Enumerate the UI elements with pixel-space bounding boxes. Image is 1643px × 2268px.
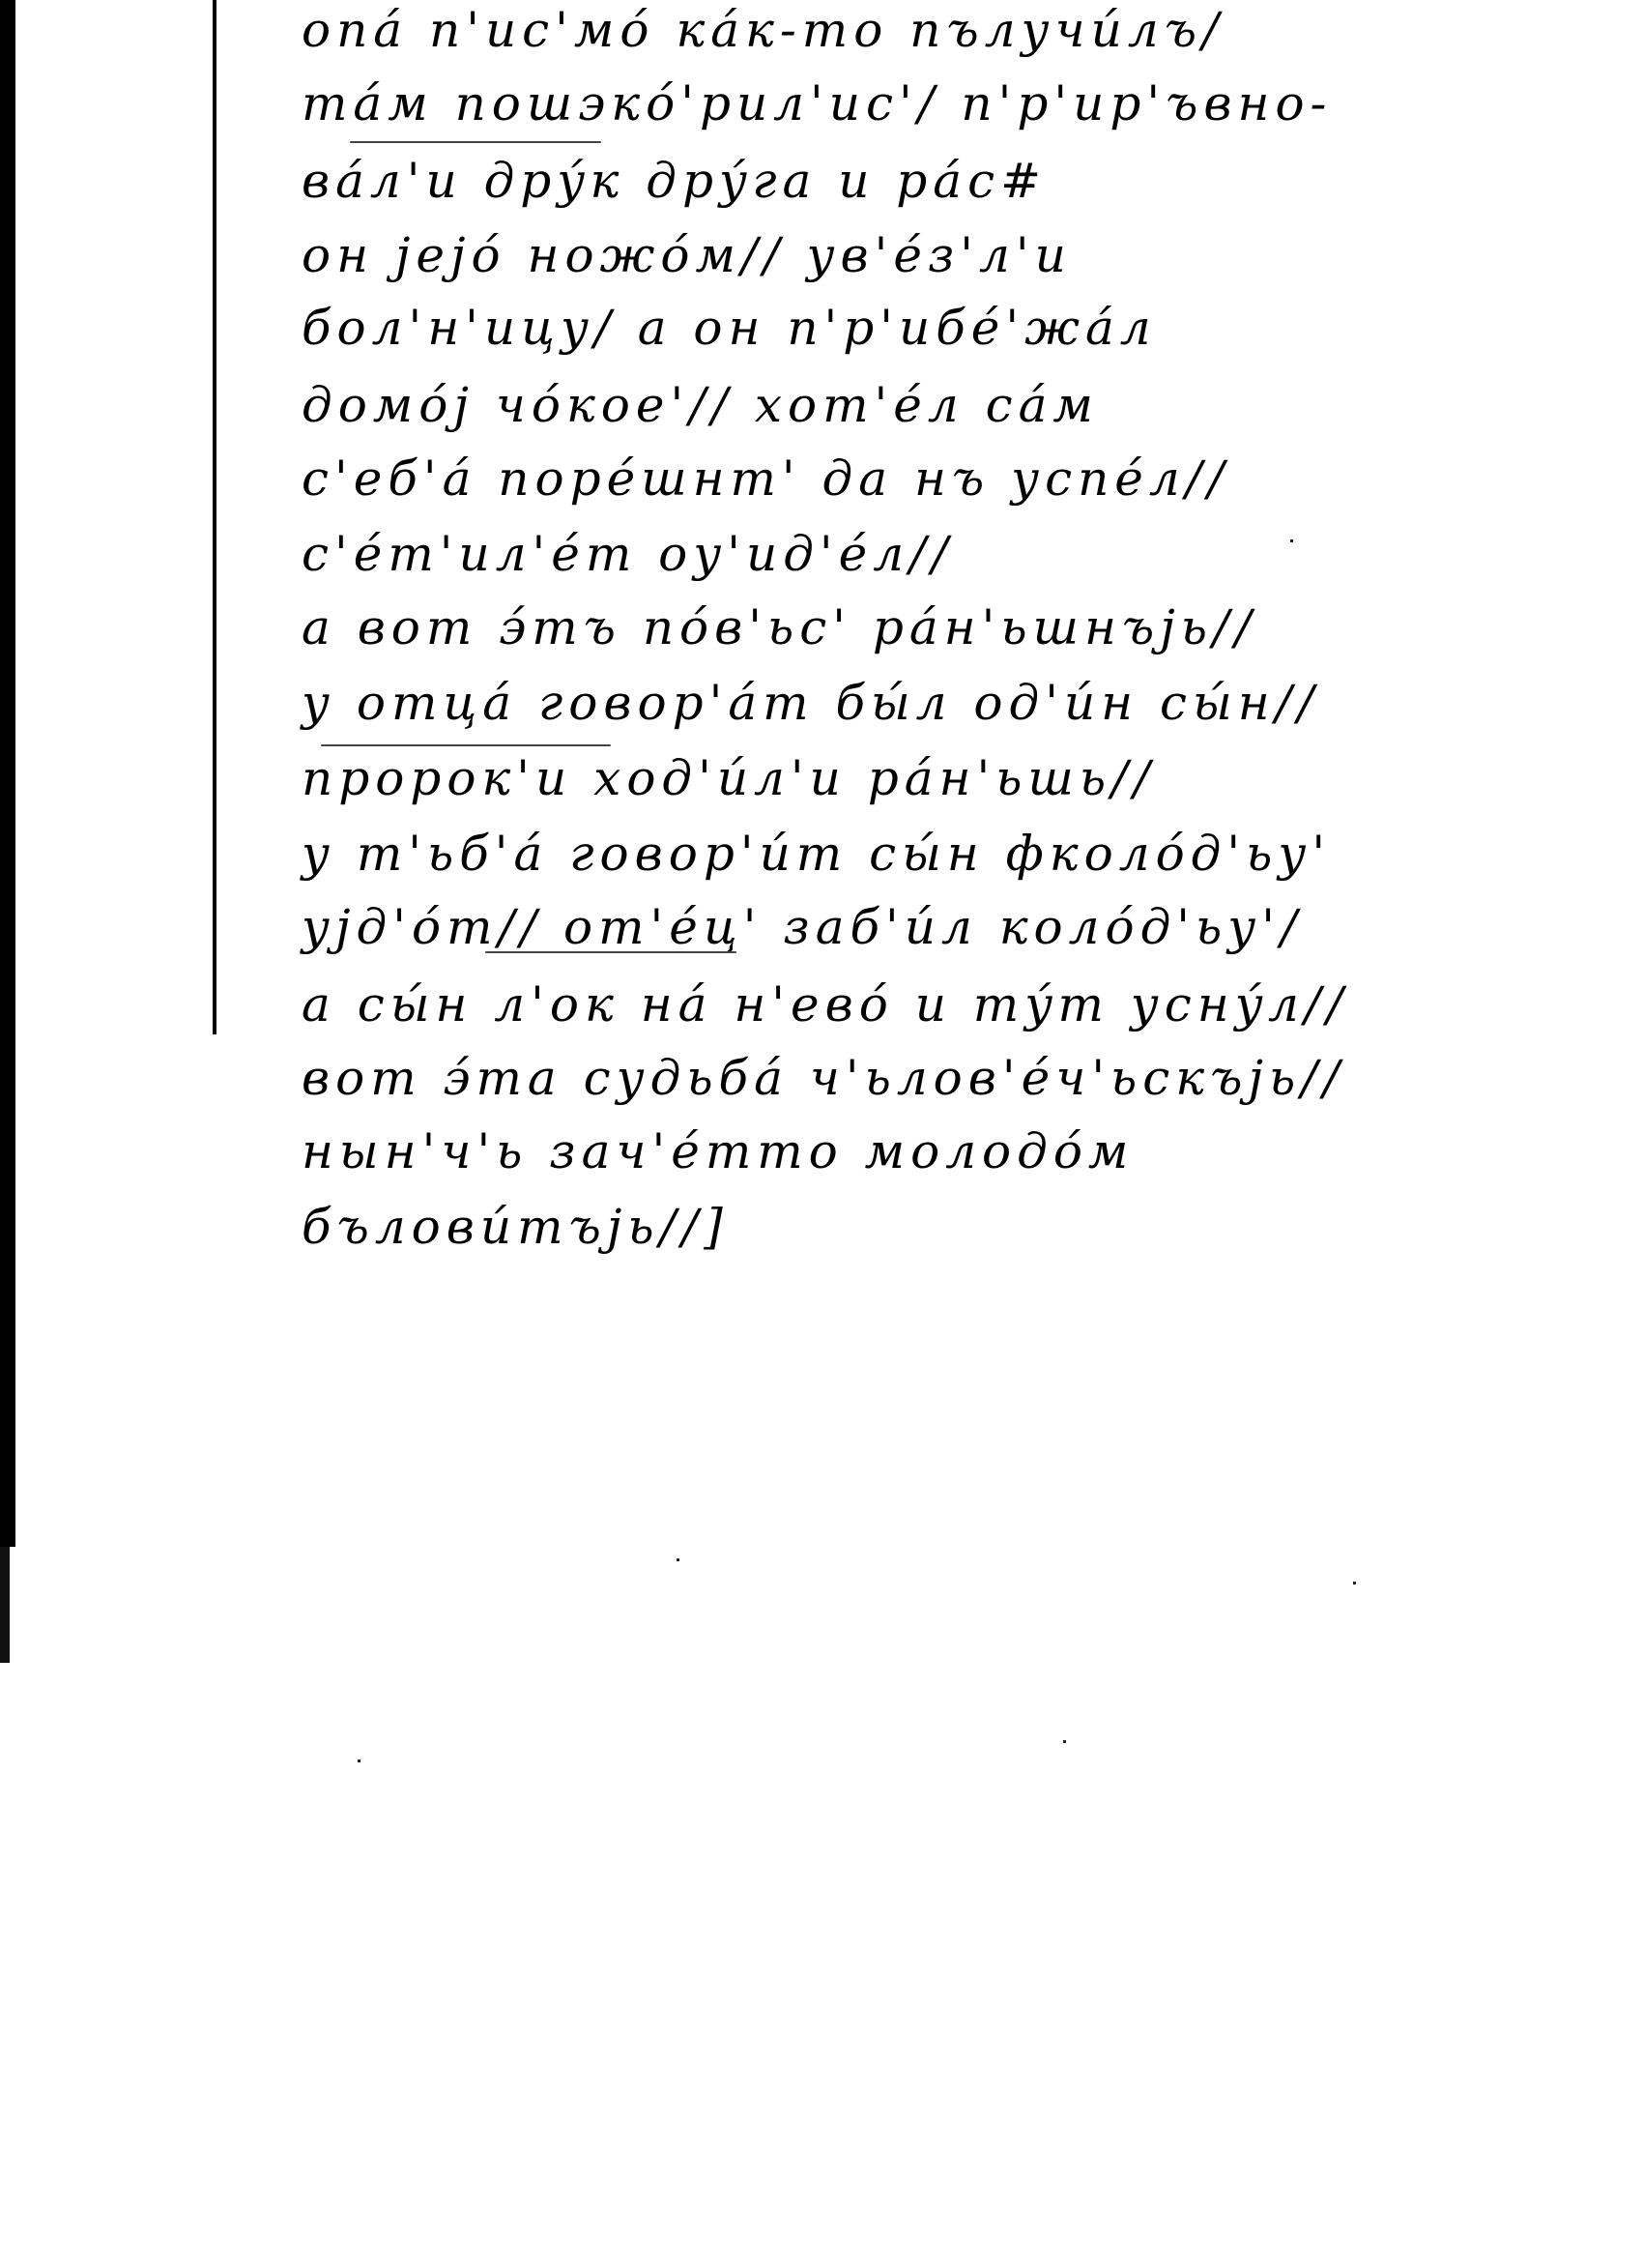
pencil-underline: [321, 744, 611, 746]
text-line-12: у т'ьб'á говор'úт сы́н фколóд'ьу': [302, 826, 1331, 882]
scan-speck: [1353, 1582, 1356, 1585]
text-line-6: домóј чóкое'// хот'éл сáм: [302, 377, 1099, 433]
text-line-15: вот э́та судьбá ч'ьлов'éч'ьскъјь//: [302, 1050, 1345, 1106]
text-line-13: ујд'óт// от'éц' заб'úл колóд'ьу'/: [302, 899, 1303, 955]
scan-speck: [1290, 539, 1293, 542]
pencil-underline: [350, 141, 601, 143]
text-line-17: бъловúтъјь//]: [302, 1199, 729, 1255]
pencil-underline: [485, 951, 736, 953]
text-line-14: а сы́н л'ок нá н'евó и тýт уснýл//: [302, 976, 1348, 1032]
scan-binding-edge-lower: [0, 1547, 10, 1663]
text-line-5: бол'н'ицу/ а он п'р'ибé'жáл: [302, 300, 1157, 356]
text-line-16: нын'ч'ь зач'émто молодóм: [302, 1123, 1134, 1179]
scan-speck: [677, 1558, 679, 1561]
scan-speck: [358, 1759, 360, 1762]
scanned-page: оná п'ис'мó кáк-то пълучúлъ/ тáм пошэкó'…: [0, 0, 1643, 2268]
text-line-3: вáл'и дрýк дрýга и рáс#: [302, 153, 1047, 209]
text-line-9: а вот э́тъ пóв'ьс' рáн'ьшнъјь//: [302, 599, 1257, 655]
text-line-1: оná п'ис'мó кáк-то пълучúлъ/: [302, 2, 1225, 58]
text-line-10: у отцá говор'áт бы́л од'úн сы́н//: [302, 675, 1319, 731]
text-line-4: он јејó ножóм// ув'éз'л'и: [302, 227, 1072, 283]
scan-speck: [1063, 1740, 1066, 1743]
margin-rule-line: [213, 0, 216, 1034]
text-line-8: с'ém'ил'éт оу'ид'éл//: [302, 526, 954, 582]
text-line-2: тáм пошэкó'рил'ис'/ п'р'ир'ъвно-: [302, 75, 1332, 131]
text-line-11: пророк'и ход'úл'и рáн'ьшь//: [302, 750, 1156, 806]
scan-binding-edge: [0, 0, 15, 1547]
text-line-7: с'еб'á порéшнт' да нъ успéл//: [302, 451, 1229, 507]
